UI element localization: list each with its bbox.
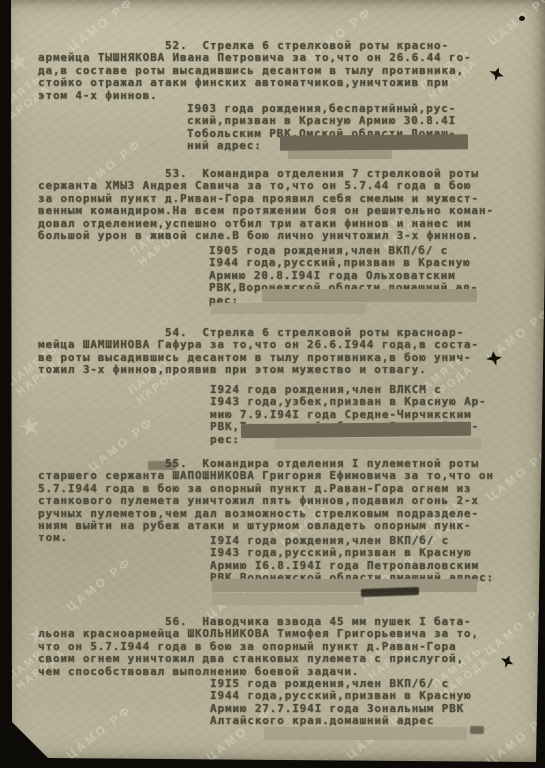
ink-blot-middle bbox=[485, 350, 503, 367]
watermark-camo-text: ЦАМО РФ bbox=[64, 703, 134, 762]
entry-55-body: 55. Командира отделения I пулеметной рот… bbox=[38, 458, 494, 545]
watermark-star-icon: ★ bbox=[7, 53, 29, 70]
ink-blot-top bbox=[487, 65, 506, 83]
entry-56-service-info: I9I5 года рождения,член ВКП/б/ с I944 го… bbox=[210, 678, 472, 728]
redaction-bar-56 bbox=[264, 727, 467, 740]
watermark-camo-text: ЦАМО РФ bbox=[64, 555, 134, 614]
watermark-camo-text: ЦАМО РФ bbox=[486, 0, 545, 48]
entry-53-body: 53. Командира отделения 7 стрелковой рот… bbox=[38, 168, 494, 242]
redaction-bar-53 bbox=[262, 289, 477, 302]
redaction-bar-52 bbox=[280, 134, 468, 151]
ink-blot-bottom bbox=[498, 653, 516, 671]
entry-56-body: 56. Наводчика взвода 45 мм пушек I бата-… bbox=[38, 616, 479, 678]
strike-mark-55-number bbox=[148, 461, 176, 470]
redaction-bar-54b bbox=[275, 438, 481, 449]
watermark-star-icon: ★ bbox=[19, 418, 41, 435]
scanned-document-page: ЦАМО РФЦАМО РФЦАМО РФ★ПАМЯТЬ НАРОДАПАМЯТ… bbox=[0, 0, 545, 768]
watermark-camo-text: ЦАМО РФ bbox=[484, 709, 545, 768]
redaction-bar-53b bbox=[211, 303, 366, 314]
ink-dot-corner bbox=[519, 16, 525, 21]
document-paper: ЦАМО РФЦАМО РФЦАМО РФ★ПАМЯТЬ НАРОДАПАМЯТ… bbox=[0, 0, 545, 768]
strike-mark-55 bbox=[361, 587, 419, 597]
entry-55-service-info: I9I4 года рождения,член ВКП/б/ с I943 го… bbox=[210, 535, 494, 585]
watermark-camo-text: ЦАМО РФ bbox=[482, 599, 545, 658]
redaction-smudge-52 bbox=[288, 150, 392, 159]
redaction-bar-55b bbox=[212, 593, 364, 605]
redaction-bar-55 bbox=[212, 579, 477, 592]
entry-54-body: 54. Стрелка 6 стрелковой роты красноар- … bbox=[38, 327, 479, 377]
redaction-bar-54 bbox=[241, 422, 471, 438]
entry-52-body: 52. Стрелка 6 стрелковой роты красно- ар… bbox=[38, 40, 471, 102]
strike-mark-56 bbox=[470, 726, 484, 734]
